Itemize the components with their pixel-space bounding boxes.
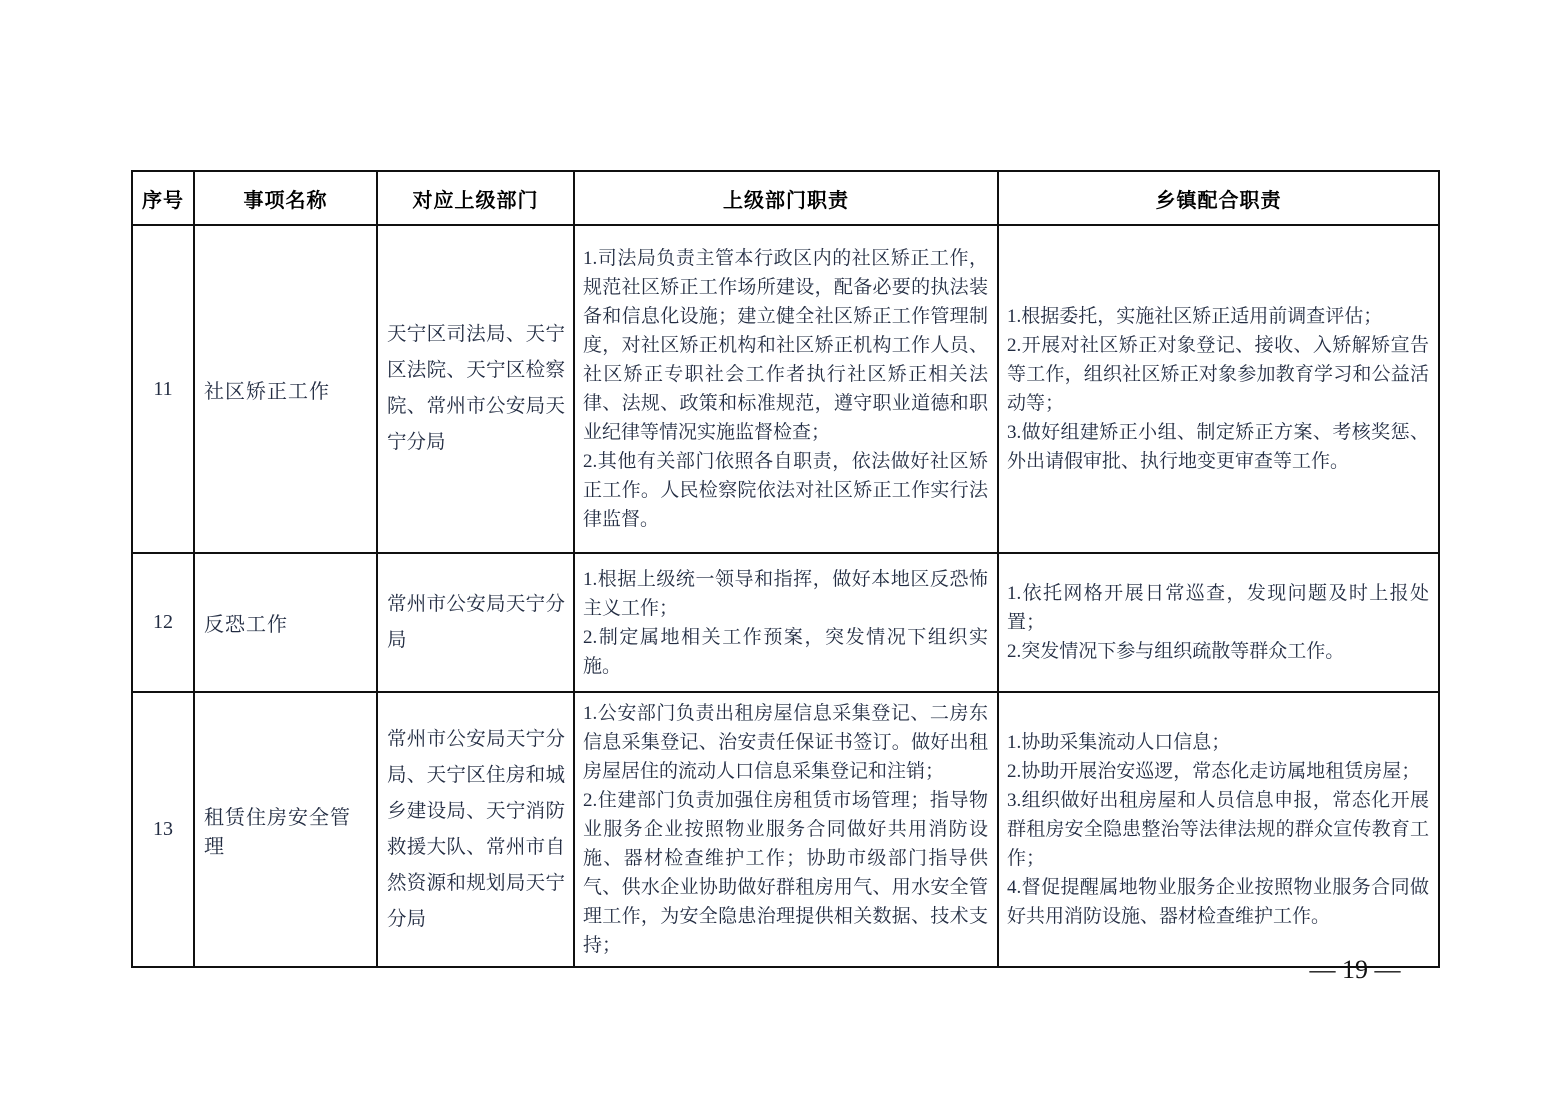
table-row: 11 社区矫正工作 天宁区司法局、天宁区法院、天宁区检察院、常州市公安局天宁分局… (132, 225, 1439, 553)
row-item-name: 租赁住房安全管理 (194, 692, 377, 967)
row-superior-duties: 1.司法局负责主管本行政区内的社区矫正工作，规范社区矫正工作场所建设，配备必要的… (574, 225, 998, 553)
column-header-seq: 序号 (132, 171, 194, 225)
row-township-duties: 1.协助采集流动人口信息； 2.协助开展治安巡逻，常态化走访属地租赁房屋； 3.… (998, 692, 1439, 967)
row-superior-duties: 1.根据上级统一领导和指挥，做好本地区反恐怖主义工作； 2.制定属地相关工作预案… (574, 553, 998, 692)
column-header-superior-duties: 上级部门职责 (574, 171, 998, 225)
row-item-name: 反恐工作 (194, 553, 377, 692)
row-seq: 12 (132, 553, 194, 692)
document-page: 序号 事项名称 对应上级部门 上级部门职责 乡镇配合职责 11 社区矫正工作 天… (0, 0, 1559, 1102)
table-header-row: 序号 事项名称 对应上级部门 上级部门职责 乡镇配合职责 (132, 171, 1439, 225)
column-header-superior-department: 对应上级部门 (377, 171, 574, 225)
row-township-duties: 1.根据委托，实施社区矫正适用前调查评估； 2.开展对社区矫正对象登记、接收、入… (998, 225, 1439, 553)
table-row: 13 租赁住房安全管理 常州市公安局天宁分局、天宁区住房和城乡建设局、天宁消防救… (132, 692, 1439, 967)
column-header-township-duties: 乡镇配合职责 (998, 171, 1439, 225)
column-header-item-name: 事项名称 (194, 171, 377, 225)
row-seq: 11 (132, 225, 194, 553)
row-superior-department: 常州市公安局天宁分局 (377, 553, 574, 692)
row-seq: 13 (132, 692, 194, 967)
row-superior-duties: 1.公安部门负责出租房屋信息采集登记、二房东信息采集登记、治安责任保证书签订。做… (574, 692, 998, 967)
page-number: — 19 — (1295, 955, 1415, 985)
table-row: 12 反恐工作 常州市公安局天宁分局 1.根据上级统一领导和指挥，做好本地区反恐… (132, 553, 1439, 692)
row-township-duties: 1.依托网格开展日常巡查，发现问题及时上报处置； 2.突发情况下参与组织疏散等群… (998, 553, 1439, 692)
row-item-name: 社区矫正工作 (194, 225, 377, 553)
duty-table: 序号 事项名称 对应上级部门 上级部门职责 乡镇配合职责 11 社区矫正工作 天… (131, 170, 1440, 968)
row-superior-department: 天宁区司法局、天宁区法院、天宁区检察院、常州市公安局天宁分局 (377, 225, 574, 553)
row-superior-department: 常州市公安局天宁分局、天宁区住房和城乡建设局、天宁消防救援大队、常州市自然资源和… (377, 692, 574, 967)
